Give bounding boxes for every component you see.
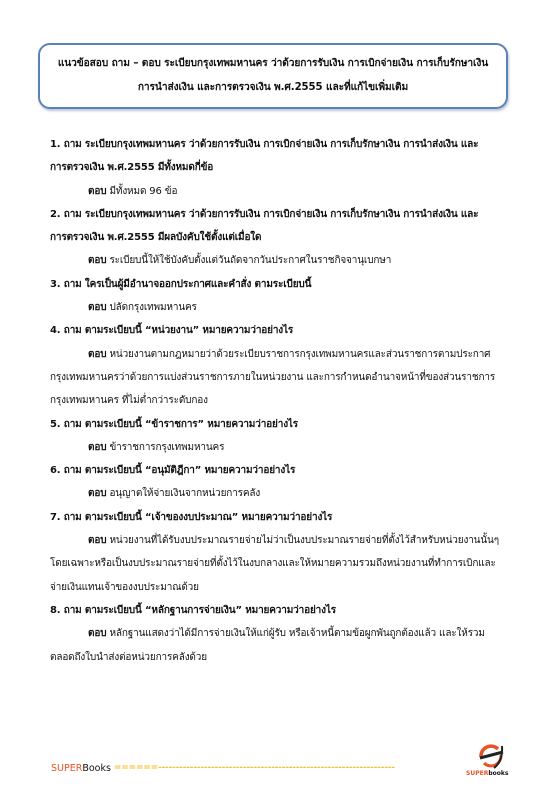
logo-books: books bbox=[488, 770, 508, 777]
answer-label: ตอบ bbox=[88, 349, 106, 360]
footer-brand-books: Books bbox=[82, 763, 111, 774]
question-text: 6. ถาม ตามระเบียบนี้ “อนุมัติฎีกา” หมายค… bbox=[50, 459, 512, 482]
logo-super: SUPER bbox=[466, 770, 488, 777]
answer-text: หน่วยงานตามกฎหมายว่าด้วยระเบียบราชการกรุ… bbox=[109, 349, 490, 360]
qa-item-5: 5. ถาม ตามระเบียบนี้ “ข้าราชการ” หมายควา… bbox=[50, 413, 512, 460]
answer-text: หน่วยงานที่ได้รับงบประมาณรายจ่ายไม่ว่าเป… bbox=[109, 535, 499, 546]
qa-item-3: 3. ถาม ใครเป็นผู้มีอำนาจออกประกาศและคำสั… bbox=[50, 273, 512, 320]
question-text: 7. ถาม ตามระเบียบนี้ “เจ้าของงบประมาณ” ห… bbox=[50, 506, 512, 529]
question-text: การตรวจเงิน พ.ศ.2555 มีทั้งหมดกี่ข้อ bbox=[50, 156, 512, 179]
superbooks-logo: SUPERbooks bbox=[466, 743, 516, 783]
qa-item-7: 7. ถาม ตามระเบียบนี้ “เจ้าของงบประมาณ” ห… bbox=[50, 506, 512, 599]
answer-label: ตอบ bbox=[88, 442, 106, 453]
question-text: 8. ถาม ตามระเบียบนี้ “หลักฐานการจ่ายเงิน… bbox=[50, 599, 512, 622]
title-line-2: การนำส่งเงิน และการตรวจเงิน พ.ศ.2555 และ… bbox=[138, 76, 408, 100]
question-text: 1. ถาม ระเบียบกรุงเทพมหานคร ว่าด้วยการรั… bbox=[50, 133, 512, 156]
qa-item-4: 4. ถาม ตามระเบียบนี้ “หน่วยงาน” หมายความ… bbox=[50, 319, 512, 412]
answer-label: ตอบ bbox=[88, 628, 106, 639]
title-line-1: แนวข้อสอบ ถาม – ตอบ ระเบียบกรุงเทพมหานคร… bbox=[58, 52, 488, 76]
footer-brand-super: SUPER bbox=[51, 763, 82, 774]
answer-text: โดยเฉพาะหรือเป็นงบประมาณรายจ่ายที่ตั้งไว… bbox=[50, 552, 512, 575]
answer-text: ตลอดถึงใบนำส่งต่อหน่วยการคลังด้วย bbox=[50, 646, 512, 669]
qa-list: 1. ถาม ระเบียบกรุงเทพมหานคร ว่าด้วยการรั… bbox=[50, 133, 512, 669]
answer: ตอบ หน่วยงานตามกฎหมายว่าด้วยระเบียบราชกา… bbox=[50, 343, 512, 366]
answer-text: อนุญาตให้จ่ายเงินจากหน่วยการคลัง bbox=[109, 488, 260, 499]
answer: ตอบ ปลัดกรุงเทพมหานคร bbox=[50, 296, 512, 319]
qa-item-1: 1. ถาม ระเบียบกรุงเทพมหานคร ว่าด้วยการรั… bbox=[50, 133, 512, 203]
answer: ตอบ หลักฐานแสดงว่าได้มีการจ่ายเงินให้แก่… bbox=[50, 622, 512, 645]
answer-text: หลักฐานแสดงว่าได้มีการจ่ายเงินให้แก่ผู้ร… bbox=[109, 628, 484, 639]
answer: ตอบ ระเบียบนี้ให้ใช้บังคับตั้งแต่วันถัดจ… bbox=[50, 249, 512, 272]
answer-text: มีทั้งหมด 96 ข้อ bbox=[109, 186, 177, 197]
question-text: 2. ถาม ระเบียบกรุงเทพมหานคร ว่าด้วยการรั… bbox=[50, 203, 512, 226]
answer-text: ปลัดกรุงเทพมหานคร bbox=[109, 302, 196, 313]
answer-text: จ่ายเงินแทนเจ้าของงบประมาณด้วย bbox=[50, 576, 512, 599]
superbooks-swirl-logo-icon bbox=[476, 743, 506, 771]
answer: ตอบ หน่วยงานที่ได้รับงบประมาณรายจ่ายไม่ว… bbox=[50, 529, 512, 552]
answer-label: ตอบ bbox=[88, 302, 106, 313]
footer-separator: ======----------------------------------… bbox=[114, 763, 395, 773]
question-text: 3. ถาม ใครเป็นผู้มีอำนาจออกประกาศและคำสั… bbox=[50, 273, 512, 296]
logo-wordmark: SUPERbooks bbox=[466, 770, 508, 777]
qa-item-8: 8. ถาม ตามระเบียบนี้ “หลักฐานการจ่ายเงิน… bbox=[50, 599, 512, 669]
qa-item-2: 2. ถาม ระเบียบกรุงเทพมหานคร ว่าด้วยการรั… bbox=[50, 203, 512, 273]
answer-label: ตอบ bbox=[88, 186, 106, 197]
answer-label: ตอบ bbox=[88, 535, 106, 546]
answer-text: กรุงเทพมหานครว่าด้วยการแบ่งส่วนราชการภาย… bbox=[50, 366, 512, 389]
answer-label: ตอบ bbox=[88, 488, 106, 499]
qa-item-6: 6. ถาม ตามระเบียบนี้ “อนุมัติฎีกา” หมายค… bbox=[50, 459, 512, 506]
answer-text: ข้าราชการกรุงเทพมหานคร bbox=[109, 442, 224, 453]
answer: ตอบ ข้าราชการกรุงเทพมหานคร bbox=[50, 436, 512, 459]
document-title-box: แนวข้อสอบ ถาม – ตอบ ระเบียบกรุงเทพมหานคร… bbox=[38, 43, 508, 109]
answer: ตอบ อนุญาตให้จ่ายเงินจากหน่วยการคลัง bbox=[50, 482, 512, 505]
answer-text: กรุงเทพมหานคร ที่ไม่ต่ำกว่าระดับกอง bbox=[50, 389, 512, 412]
question-text: 4. ถาม ตามระเบียบนี้ “หน่วยงาน” หมายความ… bbox=[50, 319, 512, 342]
answer-text: ระเบียบนี้ให้ใช้บังคับตั้งแต่วันถัดจากวั… bbox=[109, 255, 391, 266]
question-text: 5. ถาม ตามระเบียบนี้ “ข้าราชการ” หมายควา… bbox=[50, 413, 512, 436]
page-footer: SUPERBooks ======-----------------------… bbox=[51, 760, 481, 776]
answer: ตอบ มีทั้งหมด 96 ข้อ bbox=[50, 180, 512, 203]
question-text: การตรวจเงิน พ.ศ.2555 มีผลบังคับใช้ตั้งแต… bbox=[50, 226, 512, 249]
answer-label: ตอบ bbox=[88, 255, 106, 266]
